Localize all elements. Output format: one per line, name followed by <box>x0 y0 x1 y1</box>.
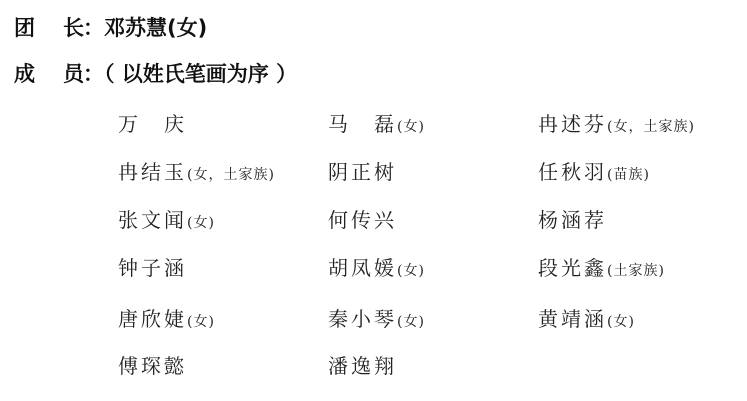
member-name: 冉述芬 <box>538 112 607 136</box>
member-entry: 阴正树 <box>328 157 397 190</box>
leader-name: 邓苏慧 <box>104 16 167 40</box>
member-entry: 胡凤媛(女) <box>328 253 425 286</box>
leader-line: 团长：邓苏慧(女) <box>14 15 207 41</box>
member-name: 冉结玉 <box>118 160 187 184</box>
member-name: 唐欣婕 <box>118 307 187 331</box>
member-entry: 张文闻(女) <box>118 205 215 238</box>
label-char: 长 <box>63 15 84 41</box>
leader-colon: ： <box>83 16 104 40</box>
member-name: 任秋羽 <box>538 160 607 184</box>
member-name: 潘逸翔 <box>328 354 397 378</box>
member-note: (苗族) <box>607 167 650 183</box>
members-order-note: （ 以姓氏笔画为序 ） <box>104 62 297 86</box>
member-name: 秦小琴 <box>328 307 397 331</box>
member-note: (女) <box>397 119 425 135</box>
member-name: 段光鑫 <box>538 256 607 280</box>
label-char: 员 <box>63 61 84 87</box>
label-char: 团 <box>14 15 35 41</box>
leader-note: (女) <box>167 16 207 40</box>
members-colon: ： <box>83 62 104 86</box>
member-entry: 冉述芬(女，土家族) <box>538 109 695 142</box>
member-entry: 秦小琴(女) <box>328 304 425 337</box>
member-note: (女，土家族) <box>187 167 275 183</box>
member-name: 钟子涵 <box>118 256 187 280</box>
member-name: 张文闻 <box>118 208 187 232</box>
member-note: (女) <box>607 314 635 330</box>
member-note: (女) <box>397 314 425 330</box>
member-note: (女，土家族) <box>607 119 695 135</box>
member-entry: 唐欣婕(女) <box>118 304 215 337</box>
member-name: 杨涵荐 <box>538 208 607 232</box>
member-name: 胡凤媛 <box>328 256 397 280</box>
member-entry: 钟子涵 <box>118 253 187 286</box>
member-note: (土家族) <box>607 263 665 279</box>
member-entry: 杨涵荐 <box>538 205 607 238</box>
member-name: 万 庆 <box>118 112 187 136</box>
members-label: 成员 <box>14 61 89 87</box>
member-entry: 冉结玉(女，土家族) <box>118 157 275 190</box>
member-name: 阴正树 <box>328 160 397 184</box>
member-entry: 傅琛懿 <box>118 351 187 384</box>
member-note: (女) <box>187 215 215 231</box>
member-note: (女) <box>397 263 425 279</box>
member-entry: 任秋羽(苗族) <box>538 157 650 190</box>
label-char: 成 <box>14 61 35 87</box>
member-entry: 何传兴 <box>328 205 397 238</box>
member-name: 傅琛懿 <box>118 354 187 378</box>
member-entry: 万 庆 <box>118 109 187 142</box>
member-name: 马 磊 <box>328 112 397 136</box>
member-entry: 潘逸翔 <box>328 351 397 384</box>
member-entry: 黄靖涵(女) <box>538 304 635 337</box>
member-entry: 马 磊(女) <box>328 109 425 142</box>
member-name: 黄靖涵 <box>538 307 607 331</box>
member-entry: 段光鑫(土家族) <box>538 253 665 286</box>
member-name: 何传兴 <box>328 208 397 232</box>
member-note: (女) <box>187 314 215 330</box>
leader-label: 团长 <box>14 15 89 41</box>
members-heading: 成员：（ 以姓氏笔画为序 ） <box>14 61 297 87</box>
